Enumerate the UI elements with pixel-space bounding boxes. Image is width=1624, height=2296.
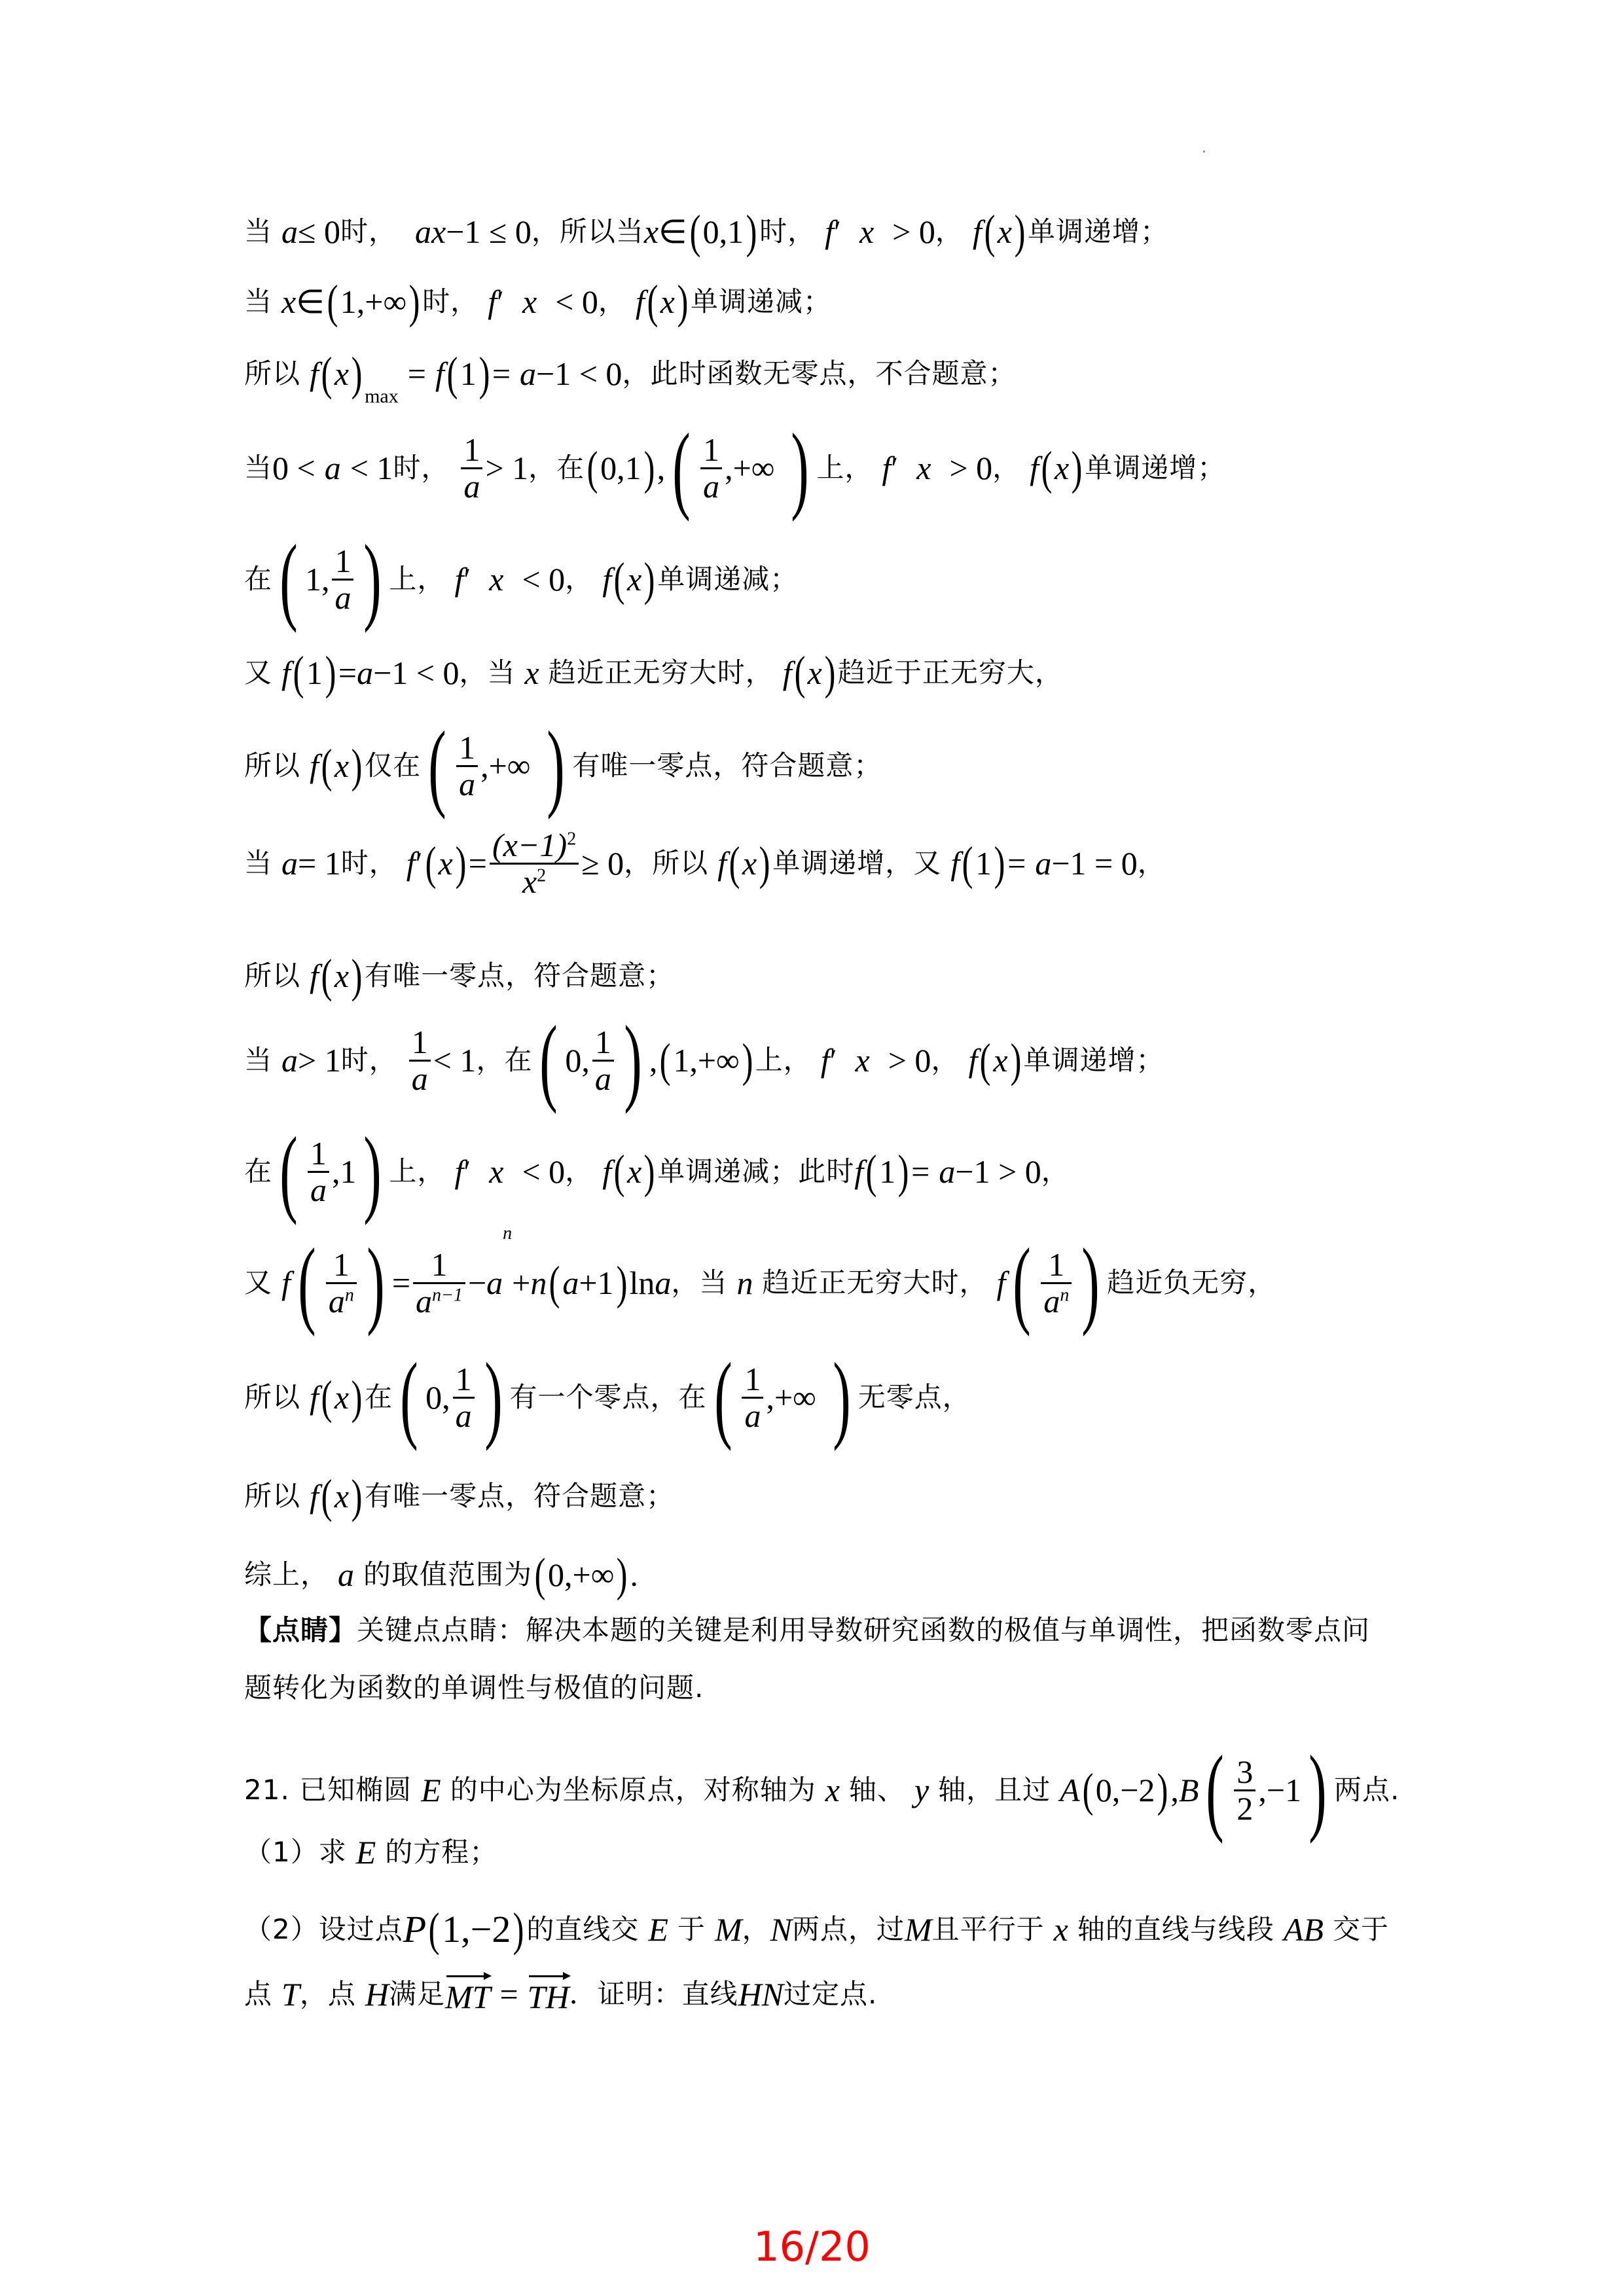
solution-line-unique-zero-1: 所以 f ( x ) 仅在 ( 1a ,+∞ ) 有唯一零点，符合题意；	[244, 717, 882, 815]
scan-dot	[1203, 151, 1205, 152]
text: 轴，且过	[938, 1776, 1051, 1804]
math: =	[338, 656, 357, 689]
math: .	[630, 1558, 638, 1591]
text: 单调递减；	[657, 565, 798, 593]
math: ,	[1170, 1774, 1179, 1806]
text: ，当	[460, 659, 516, 687]
paren: )	[824, 649, 835, 696]
paren: )	[994, 840, 1005, 887]
text: 当	[244, 454, 272, 482]
math: 0,	[425, 1381, 450, 1414]
exponent: n	[345, 1285, 354, 1305]
math: HN	[738, 1978, 784, 2011]
math: n	[736, 1266, 753, 1299]
text: 时，	[341, 850, 397, 877]
text: （2）设过点	[244, 1916, 403, 1943]
math: −1 > 0	[955, 1155, 1041, 1188]
question-21-part-2a: （2）设过点 P ( 1,−2 ) 的直线交 E 于 M ， N 两点，过 M …	[244, 1906, 1389, 1953]
paren: )	[352, 1374, 363, 1421]
math: ,	[657, 452, 666, 484]
exponent: 2	[567, 829, 576, 849]
paren: (	[425, 840, 436, 887]
math: f	[454, 563, 463, 596]
paren: (	[429, 1906, 440, 1953]
math: 0 <	[272, 452, 316, 484]
math: H	[365, 1978, 389, 2011]
paren: )	[643, 444, 655, 492]
paren: (	[321, 350, 333, 397]
text: 的取值范围为	[363, 1561, 532, 1588]
math: x	[808, 656, 822, 689]
text: （1）求	[244, 1839, 347, 1866]
math: f	[488, 285, 497, 318]
math: 0,1	[600, 452, 641, 484]
math: ′	[891, 452, 898, 484]
paren: )	[352, 742, 363, 789]
math: x	[993, 1044, 1007, 1077]
paren: )	[898, 1148, 909, 1195]
numerator: 1	[700, 433, 722, 467]
math: ′	[463, 1155, 471, 1188]
text: 的直线交	[526, 1916, 639, 1943]
paren: )	[409, 278, 420, 325]
numerator: 1	[456, 730, 478, 765]
paren: (	[293, 649, 304, 696]
math: f	[968, 1044, 977, 1077]
solution-line-case-a-eq-1: 当 a = 1 时， f ′ ( x ) = (x−1)2 x2 ≥ 0 ，所以…	[244, 828, 1166, 899]
solution-line-case-a-gt-1-dec: 在 ( 1a ,1 ) 上， f ′ x < 0 ， f ( x ) 单调递减；…	[244, 1122, 1070, 1221]
paren: (	[321, 952, 333, 999]
math: =	[499, 1978, 518, 2011]
paren: (	[321, 1374, 333, 1421]
math: =	[469, 847, 487, 880]
math: −1 ≤ 0	[446, 215, 532, 248]
text: 上，	[389, 1158, 445, 1185]
text: 有一个零点，在	[510, 1384, 707, 1411]
math: > 0	[888, 1044, 931, 1077]
paren: (	[1041, 444, 1053, 492]
paren: )	[352, 350, 363, 397]
math: a	[1035, 847, 1051, 880]
numerator: 1	[308, 1136, 329, 1171]
paren: )	[352, 952, 363, 999]
math: f	[825, 215, 834, 248]
math: x	[334, 749, 349, 782]
denominator: a	[332, 581, 353, 615]
paren: (	[794, 649, 805, 696]
math: E	[648, 1913, 668, 1946]
math: a	[939, 1155, 955, 1188]
math: a	[325, 452, 341, 484]
math: =	[492, 357, 511, 390]
comment-line-2: 题转化为函数的单调性与极值的问题.	[244, 1674, 704, 1702]
paren: (	[714, 1348, 732, 1446]
math: f	[602, 1155, 611, 1188]
var-x: x	[281, 285, 296, 318]
text: 轴的直线与线段	[1077, 1916, 1274, 1943]
math: f	[435, 357, 444, 390]
math: f	[821, 1044, 830, 1077]
paren: (	[672, 419, 690, 517]
fraction-1-over-a-n: 1an	[1041, 1247, 1072, 1318]
solution-line-f1-negative: 又 f ( 1 ) = a −1 < 0 ，当 x 趋近正无穷大时， f ( x…	[244, 649, 1063, 696]
paren: )	[364, 530, 382, 628]
paren: (	[280, 1122, 297, 1221]
paren: )	[484, 1348, 502, 1446]
denominator: x2	[520, 865, 549, 899]
paren: (	[587, 444, 598, 492]
math: < 1	[433, 1044, 477, 1077]
numerator: 1	[453, 1362, 475, 1397]
text: 单调递增；	[1085, 454, 1225, 482]
text: 的中心为坐标原点，对称轴为	[450, 1776, 816, 1804]
text: 上，	[816, 454, 873, 482]
question-21-stem: 21. 已知椭圆 E 的中心为坐标原点，对称轴为 x 轴、 y 轴，且过 A (…	[244, 1741, 1399, 1839]
denominator: a	[409, 1062, 431, 1096]
math: y	[914, 1774, 929, 1806]
denominator: an	[1041, 1284, 1072, 1319]
text: 趋近正无穷大时，	[762, 1269, 987, 1297]
paren: (	[614, 556, 625, 603]
page-number: 16/20	[0, 2223, 1624, 2270]
math: f	[310, 960, 319, 992]
math: x	[1055, 452, 1069, 484]
text: ，当	[671, 1269, 727, 1297]
math: 0,	[565, 1044, 590, 1077]
paren: (	[400, 1348, 418, 1446]
text: ，	[565, 565, 593, 593]
math: x	[660, 285, 675, 318]
fraction-1-over-a-n: 1an	[326, 1247, 357, 1318]
var-a: a	[281, 215, 298, 248]
text: 时，	[341, 1047, 397, 1074]
paren: )	[478, 350, 490, 397]
paren: (	[1082, 1767, 1093, 1814]
math: f	[717, 847, 727, 880]
text: 单调递减；此时	[657, 1158, 854, 1185]
vector-th: TH	[528, 1975, 569, 2013]
text: ，	[992, 454, 1020, 482]
math: ∈	[659, 215, 687, 248]
text: 单调递减；	[691, 288, 831, 315]
math: a	[562, 1266, 579, 1299]
denominator: 2	[1234, 1791, 1255, 1826]
math: x	[439, 847, 453, 880]
math: f	[1030, 452, 1039, 484]
text: 且平行于	[932, 1916, 1045, 1943]
text: 所以	[244, 752, 300, 780]
solution-line-conclusion: 综上， a 的取值范围为 ( 0,+∞ ) .	[244, 1551, 638, 1598]
exponent: n	[503, 1225, 512, 1243]
paren: (	[540, 1011, 558, 1109]
text: ，	[742, 1916, 770, 1943]
paren: (	[298, 1234, 316, 1332]
text: 的方程；	[385, 1839, 497, 1866]
text: 在	[244, 565, 272, 593]
math: a	[416, 1283, 432, 1319]
paren: (	[1013, 1234, 1031, 1332]
text: 题转化为函数的单调性与极值的问题.	[244, 1674, 704, 1702]
paren: )	[364, 1122, 382, 1221]
math: E	[421, 1774, 441, 1806]
math: ′	[830, 1044, 837, 1077]
text: 上，	[389, 565, 445, 593]
math: ′	[463, 563, 471, 596]
math: M	[905, 1913, 932, 1946]
math: M	[715, 1913, 742, 1946]
vector-mt: MT	[445, 1975, 490, 2013]
fraction-1-over-a: 1a	[461, 433, 482, 503]
paren: )	[616, 1259, 627, 1306]
math: f	[310, 1381, 319, 1414]
math: > 1	[298, 1044, 341, 1077]
paren: )	[644, 556, 655, 603]
numerator: 1	[742, 1362, 763, 1397]
text: 仅在	[365, 752, 421, 780]
math: f	[454, 1155, 463, 1188]
numerator: 1	[592, 1025, 614, 1060]
text: ，在	[528, 454, 585, 482]
text: ，	[1041, 1158, 1070, 1185]
fraction-1-over-a: 1a	[409, 1025, 431, 1096]
paren: (	[689, 208, 700, 255]
math: f	[281, 1266, 291, 1299]
math: −1 < 0	[536, 357, 622, 390]
comment-label: 【点睛】	[244, 1617, 357, 1644]
math: 1	[306, 656, 323, 689]
math: −	[468, 1266, 486, 1299]
paren: (	[647, 278, 658, 325]
math: ax	[415, 215, 446, 248]
text: 单调递增；	[1028, 218, 1168, 245]
math: B	[1179, 1774, 1199, 1806]
solution-line-fmax: 所以 f ( x ) max = f ( 1 ) = a −1 < 0 ，此时函…	[244, 350, 1016, 397]
paren: )	[325, 649, 336, 696]
text: ，点	[300, 1981, 356, 2008]
math: −1 < 0	[373, 656, 459, 689]
paren: )	[624, 1011, 641, 1109]
math: x	[334, 357, 349, 390]
math: 1,+∞	[673, 1044, 739, 1077]
exponent: n−1	[432, 1285, 463, 1305]
paren: )	[742, 1037, 753, 1084]
question-21-part-2b: 点 T ，点 H 满足 MT = TH ．证明：直线 HN 过定点.	[244, 1975, 877, 2013]
text: 过定点.	[784, 1981, 877, 2008]
text: 交于	[1333, 1916, 1389, 1943]
numerator: 1	[331, 1247, 352, 1282]
text: ，	[1138, 850, 1166, 877]
text: ，在	[476, 1047, 532, 1074]
fraction-1-over-a: 1a	[456, 730, 478, 801]
fraction-1-over-a: 1a	[700, 433, 722, 503]
math: ′	[497, 285, 504, 318]
math: =	[1007, 847, 1026, 880]
paren: )	[1015, 208, 1026, 255]
fraction-1-over-a: 1a	[308, 1136, 329, 1207]
denominator: a	[742, 1399, 763, 1433]
text: 当	[244, 1047, 272, 1074]
solution-line-case-0-a-1-dec: 在 ( 1, 1a ) 上， f ′ x < 0 ， f ( x ) 单调递减；	[244, 530, 798, 628]
math: x	[334, 960, 349, 992]
paren: )	[791, 419, 809, 517]
math: =	[392, 1266, 410, 1299]
math: ′	[416, 847, 423, 880]
math: −1 = 0	[1051, 847, 1137, 880]
paren: (	[866, 1148, 877, 1195]
denominator: a	[308, 1173, 329, 1208]
denominator: a	[456, 767, 478, 802]
math: 0,+∞	[548, 1558, 614, 1591]
solution-line-unique-zero-3: 所以 f ( x ) 有唯一零点，符合题意；	[244, 1473, 674, 1520]
text: 所以	[244, 962, 300, 990]
paren: (	[321, 1473, 333, 1520]
numerator: 1	[461, 433, 482, 467]
math: f	[783, 656, 792, 689]
math: a	[281, 847, 298, 880]
solution-line-unique-zero-2: 所以 f ( x ) 有唯一零点，符合题意；	[244, 952, 674, 999]
solution-line-f-1-over-an: 又 f ( 1an ) = 1an−1 − an + n ( a +1 ) ln…	[244, 1234, 1276, 1332]
paren: )	[352, 1473, 363, 1520]
text: 当	[244, 850, 272, 877]
math: f	[310, 749, 319, 782]
text: ，	[935, 218, 964, 245]
math: x	[522, 863, 537, 900]
paren: (	[984, 208, 995, 255]
math: ∈	[296, 285, 325, 318]
text: 满足	[389, 1981, 445, 2008]
var-x: x	[644, 215, 659, 248]
math: x	[859, 215, 874, 248]
math: N	[770, 1913, 792, 1946]
text: 又	[244, 1269, 272, 1297]
paren: )	[1157, 1767, 1168, 1814]
paren: (	[280, 530, 297, 628]
math: ,+∞	[725, 452, 774, 484]
denominator: an−1	[413, 1284, 465, 1319]
numerator: 1	[1045, 1247, 1067, 1282]
text: 有唯一零点，符合题意；	[365, 1482, 674, 1510]
text: ，	[598, 288, 626, 315]
math: ln	[630, 1266, 655, 1299]
math: a	[520, 357, 536, 390]
text: 时，	[340, 218, 397, 245]
math: 1	[975, 847, 992, 880]
question-21-part-1: （1）求 E 的方程；	[244, 1836, 497, 1869]
text: 关键点点睛：解决本题的关键是利用导数研究函数的极值与单调性，把函数零点问	[357, 1617, 1370, 1644]
math: T	[281, 1978, 300, 2011]
math: x	[1054, 1913, 1068, 1946]
comment-line-1: 【点睛】 关键点点睛：解决本题的关键是利用导数研究函数的极值与单调性，把函数零点…	[244, 1617, 1370, 1644]
math: > 1	[485, 452, 528, 484]
paren: )	[513, 1906, 524, 1953]
text: ，	[931, 1047, 959, 1074]
math: > 0	[949, 452, 992, 484]
math: = 1	[298, 847, 341, 880]
text: 有唯一零点，符合题意；	[365, 962, 674, 990]
math: =	[408, 357, 426, 390]
math: 1,	[305, 563, 330, 596]
paren: )	[759, 840, 770, 887]
paren: )	[1082, 1234, 1100, 1332]
math: f	[882, 452, 891, 484]
text: ，	[565, 1158, 593, 1185]
math: ≤ 0	[298, 215, 340, 248]
paren: )	[367, 1234, 384, 1332]
text: 所以	[244, 360, 300, 387]
paren: (	[446, 350, 458, 397]
math: x	[522, 285, 537, 318]
math: x	[856, 1044, 870, 1077]
text: 趋近正无穷大时，	[549, 659, 774, 687]
paren: )	[1308, 1741, 1326, 1839]
solution-line-case-a-gt-1: 当 a > 1 时， 1a < 1 ，在 ( 0, 1a ) , ( 1,+∞ …	[244, 1011, 1164, 1109]
math: x	[627, 1155, 641, 1188]
text: ，所以	[624, 850, 708, 877]
math: ,−1	[1258, 1774, 1301, 1806]
text: 单调递增，又	[772, 850, 941, 877]
paren: )	[617, 1551, 628, 1598]
math: f	[996, 1266, 1005, 1299]
text: 上，	[755, 1047, 812, 1074]
math: a	[281, 1044, 298, 1077]
text: ，所以当	[532, 218, 644, 245]
text: 点	[244, 1981, 272, 2008]
text: 于	[677, 1916, 706, 1943]
math: f	[406, 847, 416, 880]
text: 时，	[759, 218, 816, 245]
text: ．证明：直线	[569, 1981, 738, 2008]
math: 0,−2	[1096, 1774, 1155, 1806]
text: 所以	[244, 1482, 300, 1510]
paren: )	[644, 1148, 655, 1195]
text: 两点，过	[792, 1916, 905, 1943]
solution-line-interval-decreasing: 当 x ∈ ( 1,+∞ ) 时， f ′ x < 0 ， f ( x ) 单调…	[244, 278, 831, 325]
fraction-1-over-a: 1a	[332, 544, 353, 615]
math: f	[636, 285, 645, 318]
denominator: a	[461, 469, 482, 504]
math: f	[310, 357, 319, 390]
math: +1	[579, 1266, 613, 1299]
text: 又	[244, 659, 272, 687]
math: ,1	[332, 1155, 357, 1188]
math: 0,1	[703, 215, 744, 248]
text: 时，	[393, 454, 449, 482]
text: 时，	[422, 288, 478, 315]
paren: )	[547, 717, 565, 815]
solution-line-zero-location: 所以 f ( x ) 在 ( 0, 1a ) 有一个零点，在 ( 1a ,+∞ …	[244, 1348, 971, 1446]
math: x	[489, 563, 503, 596]
denominator: a	[453, 1399, 475, 1433]
math: a	[329, 1283, 345, 1319]
math: (x−1)	[492, 827, 567, 863]
paren: )	[1010, 1037, 1021, 1084]
math: x	[916, 452, 931, 484]
fraction-3-over-2: 32	[1234, 1755, 1255, 1825]
paren: (	[962, 840, 973, 887]
math: > 0	[892, 215, 935, 248]
subscript-max: max	[365, 387, 399, 406]
text: 单调递增；	[1024, 1047, 1164, 1074]
math: ,+∞	[480, 749, 530, 782]
math: a	[357, 656, 373, 689]
math: < 0	[522, 563, 565, 596]
math: x	[998, 215, 1012, 248]
math: 1,−2	[442, 1910, 511, 1948]
math: f	[854, 1155, 863, 1188]
question-number-text: 21. 已知椭圆	[244, 1776, 412, 1804]
paren: (	[660, 1037, 671, 1084]
paren: (	[614, 1148, 625, 1195]
